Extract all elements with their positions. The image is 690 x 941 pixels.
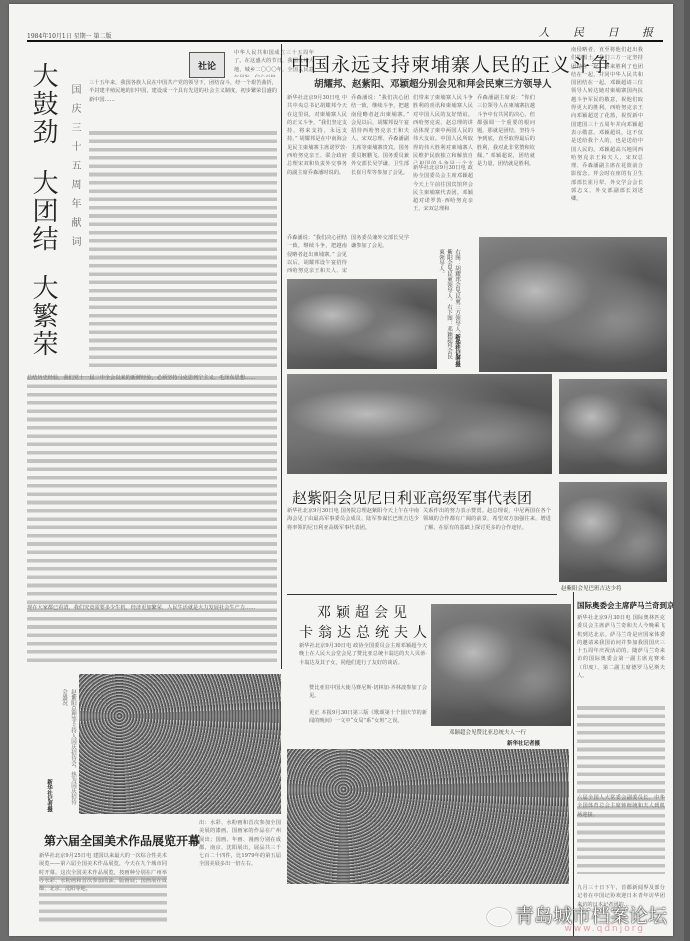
- deng-headline-line2: 卡翁达总统夫人: [299, 622, 432, 642]
- main-col-1: 新华社北京9月30日电 中共中央总书记胡耀邦今天在这里说，对柬埔寨人民的正义斗争…: [287, 94, 347, 234]
- section-divider: [287, 594, 557, 595]
- nigeria-dateline: 新华社北京9月30日电: [287, 508, 339, 514]
- slogan-2: 大团结: [27, 169, 58, 264]
- watermark-url: www.qdnjorg: [564, 924, 645, 934]
- slogan-3: 大繁荣: [27, 274, 58, 369]
- photo-deng-yingchao-meeting: [287, 374, 552, 474]
- main-col-3: 们带来了柬埔寨人民斗争胜利的喜讯和柬埔寨人民对中国人民的友好情谊。西哈努克说，赵…: [413, 94, 473, 164]
- editorial-para3: 总结历史经验，我们党十一届三中全会以来的新鲜经验，必须坚持马克思列宁主义、毛泽东…: [27, 374, 277, 434]
- main-headline: 中国永远支持柬埔寨人民的正义斗争: [291, 50, 611, 77]
- nigeria-col-1: 新华社北京9月30日电 国务院总理赵紫阳今天上午在中南海会见了由最高军事委员会成…: [287, 507, 419, 567]
- editorial-subtitle: 国庆三十五周年献词: [67, 84, 82, 354]
- newspaper-page: 1984年10月1日 星期一 第二版 人 民 日 报 社论 大鼓劲 大团结 大繁…: [9, 4, 673, 936]
- photo-deng-kaunda: [431, 604, 571, 726]
- deng-photo-caption: 邓颖超会见赞比亚总统夫人一行: [449, 728, 526, 736]
- editorial-para4: 现在大家都已看清，我们究竟需要多少生机，经济更加繁荣，人民生活就是大力发展社会生…: [27, 604, 277, 644]
- main-photo-credit: 新华社记者摄: [453, 334, 461, 367]
- main-dateline: 新华社北京9月30日电: [287, 95, 340, 101]
- main-col1-continued: 乔森潘说：“我们决心团结一致，继续斗争，把越南侵略者赶出柬埔寨。” 会见以后，胡…: [287, 234, 347, 274]
- column-divider: [281, 44, 282, 669]
- main-col1-text: 中共中央总书记胡耀邦今天在这里说，对柬埔寨人民的正义斗争，“我们坚定支持，将来支…: [287, 95, 347, 176]
- main-col-5: 南侵略者，直至将他们赶出我们的国土。我们三方一定坚持团结在一起，将来胜利了也团结…: [571, 46, 643, 241]
- main-col-2: 乔森潘说：“我们决心团结一致，继续斗争，把越南侵略者赶出柬埔寨。” 会见以后，胡…: [351, 94, 409, 234]
- paper-logo: 人 民 日 报: [539, 24, 664, 40]
- left-photo-credit: 新华社记者摄: [45, 779, 53, 812]
- editorial-body-text-lines: [89, 129, 277, 369]
- deng-headline-line1: 邓颖超会见: [317, 602, 412, 622]
- date-line: 1984年10月1日 星期一 第二版: [27, 31, 112, 40]
- column-divider-right: [573, 592, 574, 936]
- art-dateline: 新华社北京9月25日电: [39, 853, 91, 859]
- deng-body: 新华社北京9月30日电 政协全国委员会主席邓颖超今天晚上在人民大会堂会见了赞比亚…: [299, 642, 427, 682]
- slogan-1: 大鼓劲: [27, 62, 58, 157]
- olympic-body-text: 国际奥林匹克委员会主席萨马兰奇和夫人今晚乘飞机到达北京。萨马兰奇是应国家体委的邀…: [577, 615, 665, 679]
- art-body-lines: [39, 874, 167, 924]
- deng-note: 赞比亚驻中国大使马赛尼斯·切林加·齐林波参加了会见。: [309, 684, 427, 702]
- photo-art-exhibition-crowd: [287, 749, 569, 884]
- correction-note: 更正 本报9月30日第三版《歌颂第十个国庆节的新闻的晚间》一文中“女局”系“女班…: [309, 709, 427, 739]
- olympic-body2: 六届全国人大常委会副委员长、中华全国体育总会主席钟师统和夫人到机场迎接。: [577, 794, 665, 824]
- photo-national-day-reception: [79, 674, 281, 814]
- main-col-4: 乔森潘副主席说：“你们三位领导人在柬埔寨抗越斗争中有共同的决心，但都强调一个重要…: [477, 94, 535, 214]
- deng-photo-credit: 新华社记者摄: [507, 739, 540, 747]
- olympic-dateline: 新华社北京9月30日电: [577, 615, 631, 621]
- nigeria-photo-caption: 赵紫阳会见巴班吉达少将: [561, 584, 622, 592]
- wechat-icon: [487, 908, 511, 926]
- deng-dateline: 新华社北京9月30日电: [299, 643, 351, 649]
- olympic-body-lines: [577, 704, 665, 874]
- main-wu-line: 国务委员兼外交部长吴学谦参加了会见。: [351, 234, 409, 274]
- photo-nigeria-delegation: [559, 379, 667, 474]
- scrollbar[interactable]: [684, 0, 690, 941]
- masthead: 1984年10月1日 星期一 第二版 人 民 日 报: [27, 26, 663, 42]
- nigeria-headline: 赵紫阳会见尼日利亚高级军事代表团: [292, 487, 532, 508]
- photo-zhao-nigeria: [559, 482, 667, 582]
- photo-zhao-ziyang-meeting: [287, 279, 437, 369]
- photo-hu-yaobang-meeting: [479, 237, 667, 372]
- editorial-stamp: 社论: [189, 52, 225, 78]
- left-photo-caption: 赵紫阳总理等主持人国庆招待会，热为国庆招待会盛况: [53, 689, 77, 809]
- olympic-headline: 国际奥委会主席萨马兰奇到京: [577, 600, 673, 611]
- nigeria-col-2: 关系作出的努力表示赞赏。赵总理说，中尼两国在各个领域的合作都有广阔的前景，希望双…: [423, 507, 551, 587]
- main-subheadline: 胡耀邦、赵紫阳、邓颖超分别会见和拜会民柬三方领导人: [314, 76, 552, 90]
- art-headline: 第六届全国美术作品展览开幕: [44, 832, 200, 849]
- art-body2: 出：水彩、水粉画和首次参加全国美展的漆画，国画家的作品在广州展出；国画、年画、漫…: [199, 819, 281, 919]
